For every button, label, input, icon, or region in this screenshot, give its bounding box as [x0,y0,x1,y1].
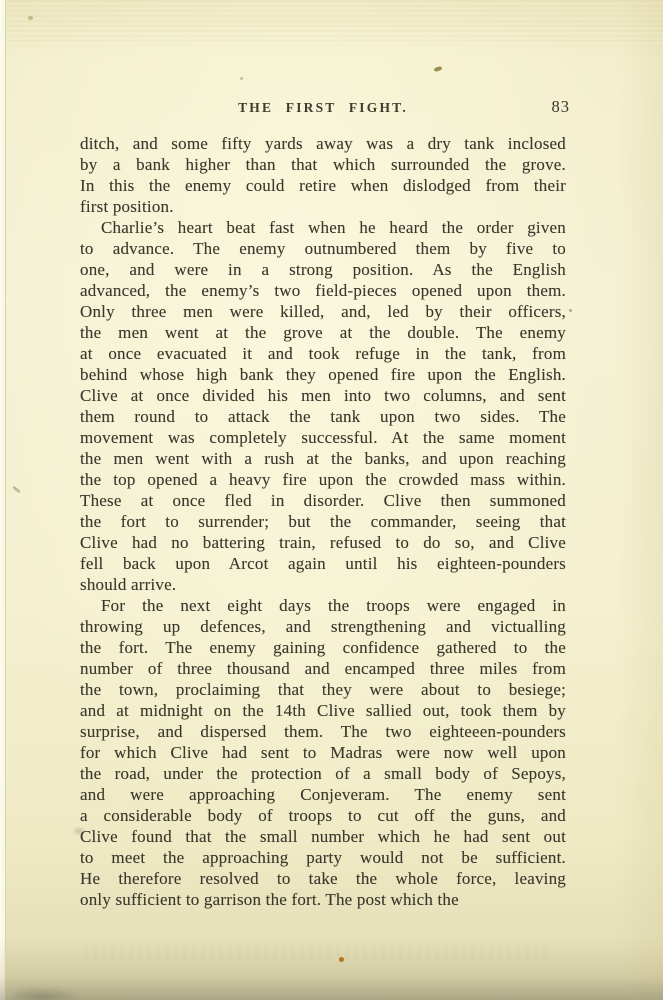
text-line: Charlie’s heart beat fast when he heard … [80,217,566,238]
text-line: one, and were in a strong position. As t… [80,259,566,280]
text-line: a considerable body of troops to cut off… [80,805,566,826]
text-line: to advance. The enemy outnumbered them b… [80,238,566,259]
text-line: by a bank higher than that which surroun… [80,154,566,175]
stain-speck [339,957,344,962]
page-body: ditch, and some fifty yards away was a d… [80,133,566,910]
text-line: movement was completely successful. At t… [80,427,566,448]
text-line: should arrive. [80,574,566,595]
text-line: behind whose high bank they opened fire … [80,364,566,385]
page-top-shading [6,0,663,46]
page-number: 83 [552,97,571,117]
text-line: the fort. The enemy gaining confidence g… [80,637,566,658]
text-line: He therefore resolved to take the whole … [80,868,566,889]
stain-speck [240,77,243,80]
bottom-corner-smudge [14,986,84,1000]
stain-speck [28,16,33,20]
page-bottom-shading [0,936,663,1000]
text-line: Clive found that the small number which … [80,826,566,847]
text-line: advanced, the enemy’s two field-pieces o… [80,280,566,301]
text-line: surprise, and dispersed them. The two ei… [80,721,566,742]
running-title: THE FIRST FIGHT. [238,98,408,118]
text-line: for which Clive had sent to Madras were … [80,742,566,763]
text-line: the men went with a rush at the banks, a… [80,448,566,469]
text-line: For the next eight days the troops were … [80,595,566,616]
text-line: and were approaching Conjeveram. The ene… [80,784,566,805]
text-line: throwing up defences, and strengthening … [80,616,566,637]
text-line: the fort to surrender; but the commander… [80,511,566,532]
text-line: In this the enemy could retire when disl… [80,175,566,196]
text-line: and at midnight on the 14th Clive sallie… [80,700,566,721]
text-line: ditch, and some fifty yards away was a d… [80,133,566,154]
text-line: Only three men were killed, and, led by … [80,301,566,322]
text-line: at once evacuated it and took refuge in … [80,343,566,364]
stain-speck [12,486,21,494]
text-line: the road, under the protection of a smal… [80,763,566,784]
text-line: them round to attack the tank upon two s… [80,406,566,427]
text-line: to meet the approaching party would not … [80,847,566,868]
text-line: only sufficient to garrison the fort. Th… [80,889,566,910]
stain-speck [569,309,572,312]
book-page-scan: THE FIRST FIGHT. 83 ditch, and some fift… [0,0,663,1000]
text-line: first position. [80,196,566,217]
page-content: THE FIRST FIGHT. 83 ditch, and some fift… [80,98,566,910]
page-left-edge [0,0,6,1000]
show-through-band [84,947,553,959]
text-line: the town, proclaiming that they were abo… [80,679,566,700]
running-header: THE FIRST FIGHT. 83 [80,98,566,118]
text-line: number of three thousand and encamped th… [80,658,566,679]
text-line: fell back upon Arcot again until his eig… [80,553,566,574]
text-line: Clive at once divided his men into two c… [80,385,566,406]
text-line: These at once fled in disorder. Clive th… [80,490,566,511]
stain-speck [434,66,443,72]
text-line: Clive had no battering train, refused to… [80,532,566,553]
text-line: the men went at the grove at the double.… [80,322,566,343]
text-line: the top opened a heavy fire upon the cro… [80,469,566,490]
